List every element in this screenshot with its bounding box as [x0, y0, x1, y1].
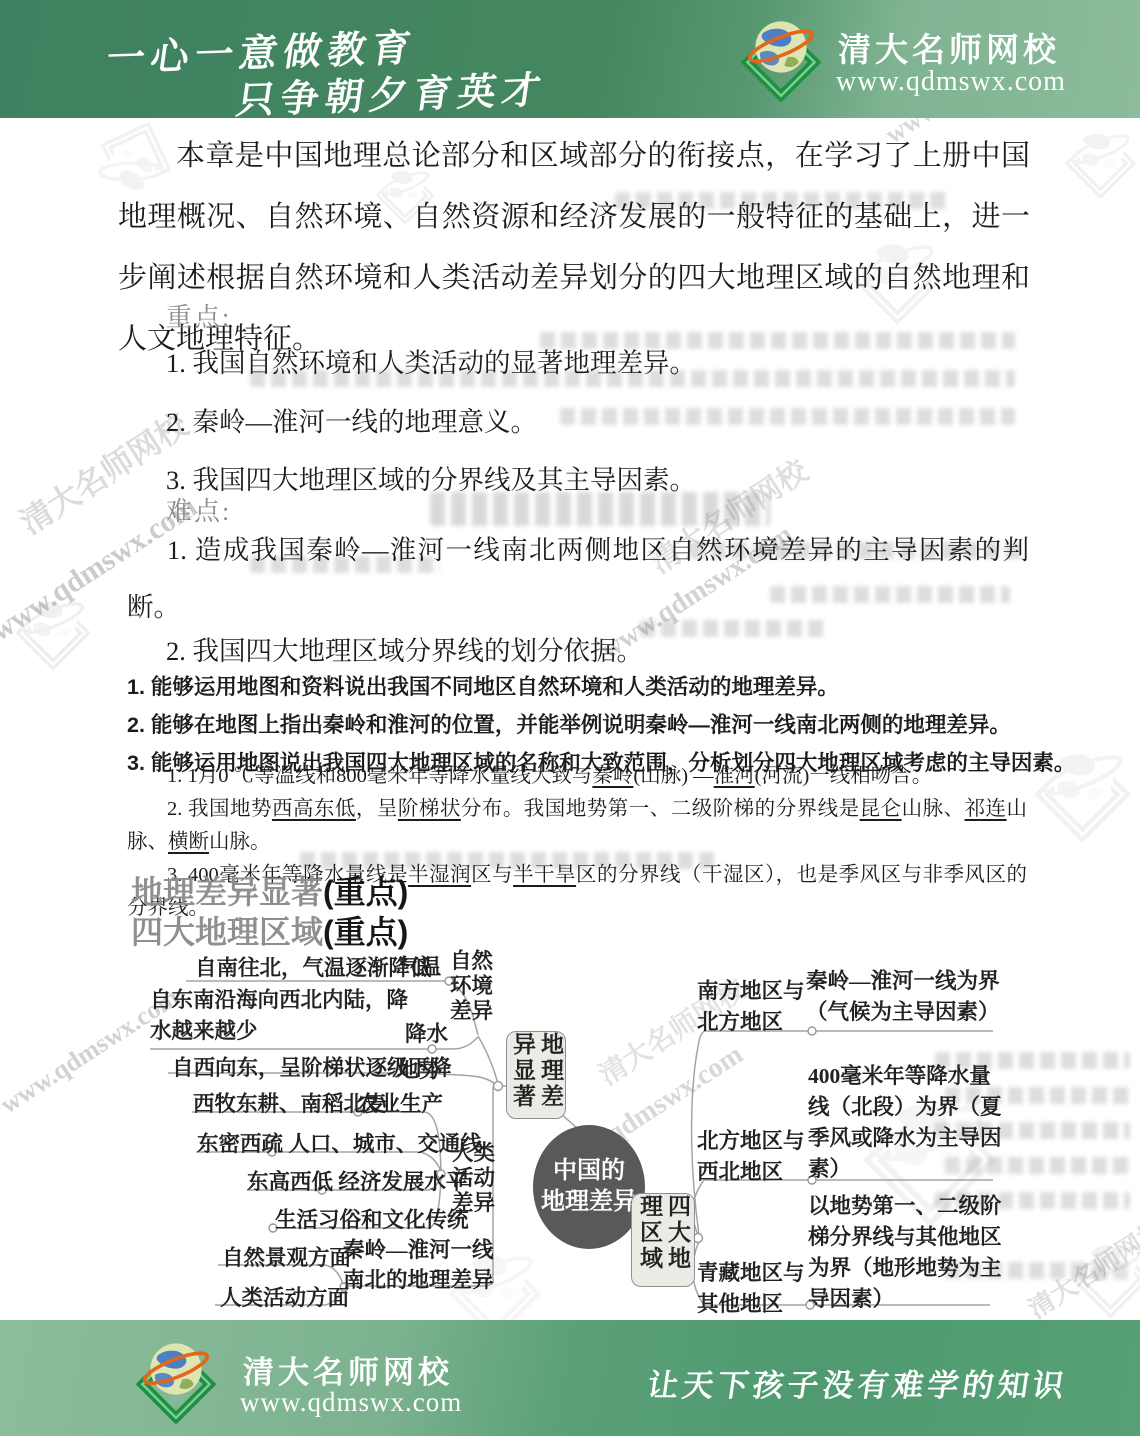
key-point-item: 3. 我国四大地理区域的分界线及其主导因素。	[166, 458, 696, 497]
key-points-label: 重点:	[166, 297, 231, 334]
footer-logo-icon	[128, 1333, 224, 1429]
header-band: 一心一意做教育 只争朝夕育英才 清大名师网校 www.qdmswx.com	[0, 0, 1140, 118]
bleed-artifact	[560, 408, 1015, 425]
mindmap-label-qinghai-tibet-regions: 青藏地区与 其他地区	[697, 1258, 805, 1320]
ghost-logo-icon	[8, 585, 98, 675]
footer-slogan: 让天下孩子没有难学的知识	[645, 1360, 1071, 1405]
mindmap-label-precipitation-trend: 自东南沿海向西北内陆，降水越来越少	[150, 985, 416, 1047]
mindmap-label-north-northwest-regions: 北方地区与 西北地区	[697, 1126, 805, 1188]
mindmap-tag-terrain: 地势	[397, 1055, 440, 1086]
mindmap-label-temperature-trend: 自南往北，气温逐渐降低	[195, 953, 432, 984]
bleed-artifact	[430, 492, 770, 526]
note-item: 1. 1月0 ℃等温线和800毫米年等降水量线大致与秦岭(山脉) —淮河(河流)…	[127, 760, 1027, 793]
objective-item: 1. 能够运用地图和资料说出我国不同地区自然环境和人类活动的地理差异。	[127, 668, 839, 706]
mindmap-center-china-geographic-differences: 中国的 地理差异	[533, 1125, 645, 1249]
note-item: 2. 我国地势西高东低，呈阶梯状分布。我国地势第一、二级阶梯的分界线是昆仑山脉、…	[127, 793, 1027, 859]
objective-item: 2. 能够在地图上指出秦岭和淮河的位置，并能举例说明秦岭—淮河一线南北两侧的地理…	[127, 706, 1011, 744]
mindmap-node-natural-environment-differences: 自然 环境 差异	[450, 949, 493, 1024]
mindmap-box-geographic-differences: 地理差异显著	[506, 1031, 566, 1119]
mindmap-note-qinghai-tibet-boundary: 以地势第一、二级阶 梯分界线与其他地区 为界（地形地势为主 导因素）	[808, 1191, 1002, 1315]
mindmap-label-economy: 东高西低 经济发展水平	[247, 1167, 467, 1198]
mindmap-label-customs: 生活习俗和文化传统	[275, 1205, 469, 1236]
brand-logo-icon	[733, 11, 829, 107]
scanned-study-page: 清大名师网校 www.qdmswx.com 清大名师网校 www.qdmswx.…	[0, 0, 1140, 1436]
key-point-item: 1. 我国自然环境和人类活动的显著地理差异。	[166, 341, 696, 380]
mindmap-label-south-north-regions: 南方地区与 北方地区	[697, 976, 805, 1038]
mindmap-node-human-activity-differences: 人类 活动 差异	[452, 1141, 495, 1216]
footer-brand-name: 清大名师网校	[243, 1347, 453, 1392]
footer-brand-url: www.qdmswx.com	[240, 1387, 462, 1418]
mindmap-diagram: 自南往北，气温逐渐降低 气温 自东南沿海向西北内陆，降水越来越少 降水 自然 环…	[0, 945, 1140, 1335]
mindmap-label-population-cities: 东密西疏 人口、城市、交通线	[197, 1129, 482, 1160]
mindmap-label-human-activity-aspect: 人类活动方面	[220, 1283, 349, 1314]
key-point-item: 2. 秦岭—淮河一线的地理意义。	[166, 400, 537, 439]
brand-name: 清大名师网校	[838, 24, 1060, 71]
intro-paragraph: 本章是中国地理总论部分和区域部分的衔接点，在学习了上册中国地理概况、自然环境、自…	[118, 126, 1030, 370]
difficult-point-item: 1. 造成我国秦岭—淮河一线南北两侧地区自然环境差异的主导因素的判断。	[127, 522, 1029, 636]
mindmap-tag-temperature: 气温	[398, 952, 441, 983]
ghost-logo-icon	[1058, 118, 1140, 203]
heading-mark: (重点)	[323, 874, 408, 910]
header-slogan-line2: 只争朝夕育英才	[233, 59, 550, 125]
mindmap-label-qinling-huaihe-differences: 秦岭—淮河一线 南北的地理差异	[343, 1235, 494, 1295]
brand-url: www.qdmswx.com	[836, 66, 1066, 98]
footer-band: 清大名师网校 www.qdmswx.com 让天下孩子没有难学的知识	[0, 1320, 1140, 1436]
mindmap-tag-precipitation: 降水	[405, 1019, 448, 1050]
mindmap-label-natural-landscape-aspect: 自然景观方面	[222, 1243, 351, 1274]
heading-text: 地理差异显著	[131, 874, 323, 910]
mindmap-box-four-regions: 四大地理区域	[631, 1193, 695, 1287]
mindmap-note-north-northwest-boundary: 400毫米年等降水量 线（北段）为界（夏 季风或降水为主导因 素）	[808, 1061, 1002, 1185]
mindmap-note-south-north-boundary: 秦岭—淮河一线为界 （气候为主导因素）	[806, 966, 1000, 1028]
difficult-point-item: 2. 我国四大地理区域分界线的划分依据。	[166, 629, 643, 668]
mindmap-tag-agriculture: 农业生产	[357, 1089, 443, 1120]
